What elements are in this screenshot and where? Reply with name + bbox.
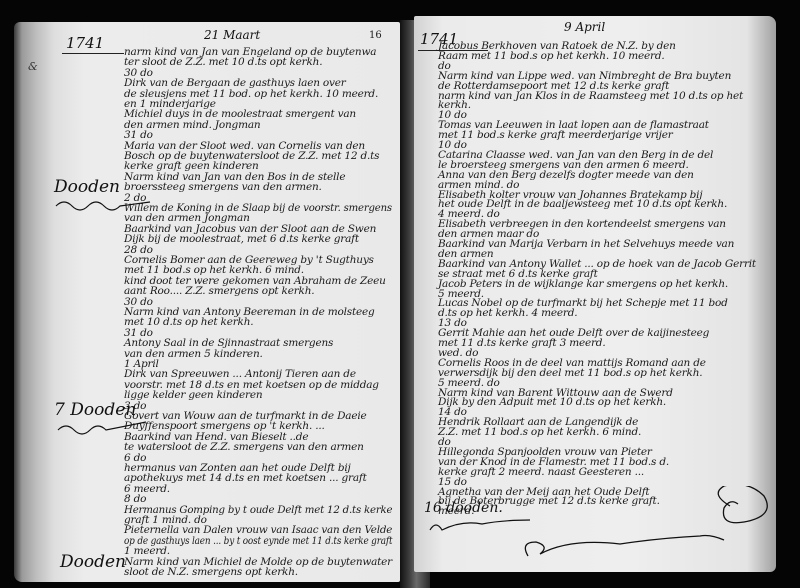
date-header: 9 April <box>564 20 605 34</box>
entry-line: Dijk by den Adpuit met 10 d.ts op het ke… <box>438 396 666 408</box>
margin-note-dooden-bottom: Dooden <box>60 552 126 572</box>
entry-line: narm kind van Jan Klos in de Raamsteeg m… <box>438 90 743 102</box>
entry-line: Raam met 11 bod.s op het kerkh. 10 meerd… <box>438 50 665 62</box>
entry-line: met 11 bod.s kerke graft meerderjarige v… <box>438 129 673 141</box>
entry-line: te watersloot de Z.Z. smergens van den a… <box>124 441 364 453</box>
year-underline <box>62 53 124 54</box>
folio-number: 16 <box>369 30 382 41</box>
entry-line: Dijk bij de moolestraat, met 6 d.ts kerk… <box>124 233 359 245</box>
entry-line: ter sloot de Z.Z. met 10 d.ts opt kerkh. <box>124 56 322 68</box>
end-flourish-icon <box>514 486 776 566</box>
margin-note-7-dooden: 7 Dooden <box>54 400 136 420</box>
flourish-icon <box>52 194 152 214</box>
entry-line: Z.Z. met 11 bod.s op het kerkh. 6 mind. <box>438 426 641 438</box>
edge-mark: & <box>28 60 38 73</box>
flourish-icon <box>54 418 154 438</box>
year-heading: 1741 <box>66 34 104 52</box>
right-page: 1741 9 April Jacobus Berkhoven van Ratoe… <box>414 16 776 572</box>
entry-line: sloot de N.Z. smergens opt kerkh. <box>124 566 298 578</box>
left-page: & 1741 16 21 Maart narm kind van Jan van… <box>14 22 400 582</box>
entry-line: broerssteeg smergens van den armen. <box>124 181 322 193</box>
date-header: 21 Maart <box>204 28 260 42</box>
entry-line: kerke graft 2 meerd. naast Geesteren ... <box>438 466 644 478</box>
